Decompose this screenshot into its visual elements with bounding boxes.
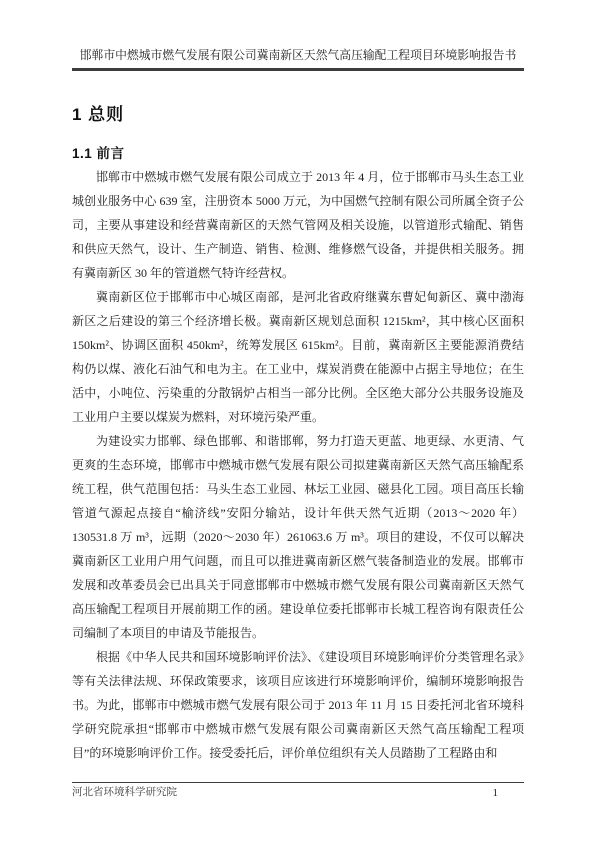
section-heading: 1.1 前言 [72, 145, 595, 163]
body-text: 邯郸市中燃城市燃气发展有限公司成立于 2013 年 4 月，位于邯郸市马头生态工… [72, 165, 524, 765]
footer-organization: 河北省环境科学研究院 [72, 786, 177, 800]
paragraph-eia-basis: 根据《中华人民共和国环境影响评价法》、《建设项目环境影响评价分类管理名录》等有关… [72, 645, 524, 765]
paragraph-project-description: 为建设实力邯郸、绿色邯郸、和谐邯郸，努力打造天更蓝、地更绿、水更清、气更爽的生态… [72, 429, 524, 645]
page-header: 邯郸市中燃城市燃气发展有限公司冀南新区天然气高压输配工程项目环境影响报告书 [72, 0, 524, 71]
document-page: 邯郸市中燃城市燃气发展有限公司冀南新区天然气高压输配工程项目环境影响报告书 1 … [0, 0, 595, 842]
footer-page-number: 1 [493, 786, 525, 800]
paragraph-company-intro: 邯郸市中燃城市燃气发展有限公司成立于 2013 年 4 月，位于邯郸市马头生态工… [72, 165, 524, 285]
paragraph-new-district: 冀南新区位于邯郸市中心城区南部，是河北省政府继冀东曹妃甸新区、冀中渤海新区之后建… [72, 285, 524, 429]
running-header-title: 邯郸市中燃城市燃气发展有限公司冀南新区天然气高压输配工程项目环境影响报告书 [72, 47, 524, 63]
page-footer: 河北省环境科学研究院 1 [72, 782, 524, 800]
chapter-heading: 1 总则 [72, 104, 595, 126]
